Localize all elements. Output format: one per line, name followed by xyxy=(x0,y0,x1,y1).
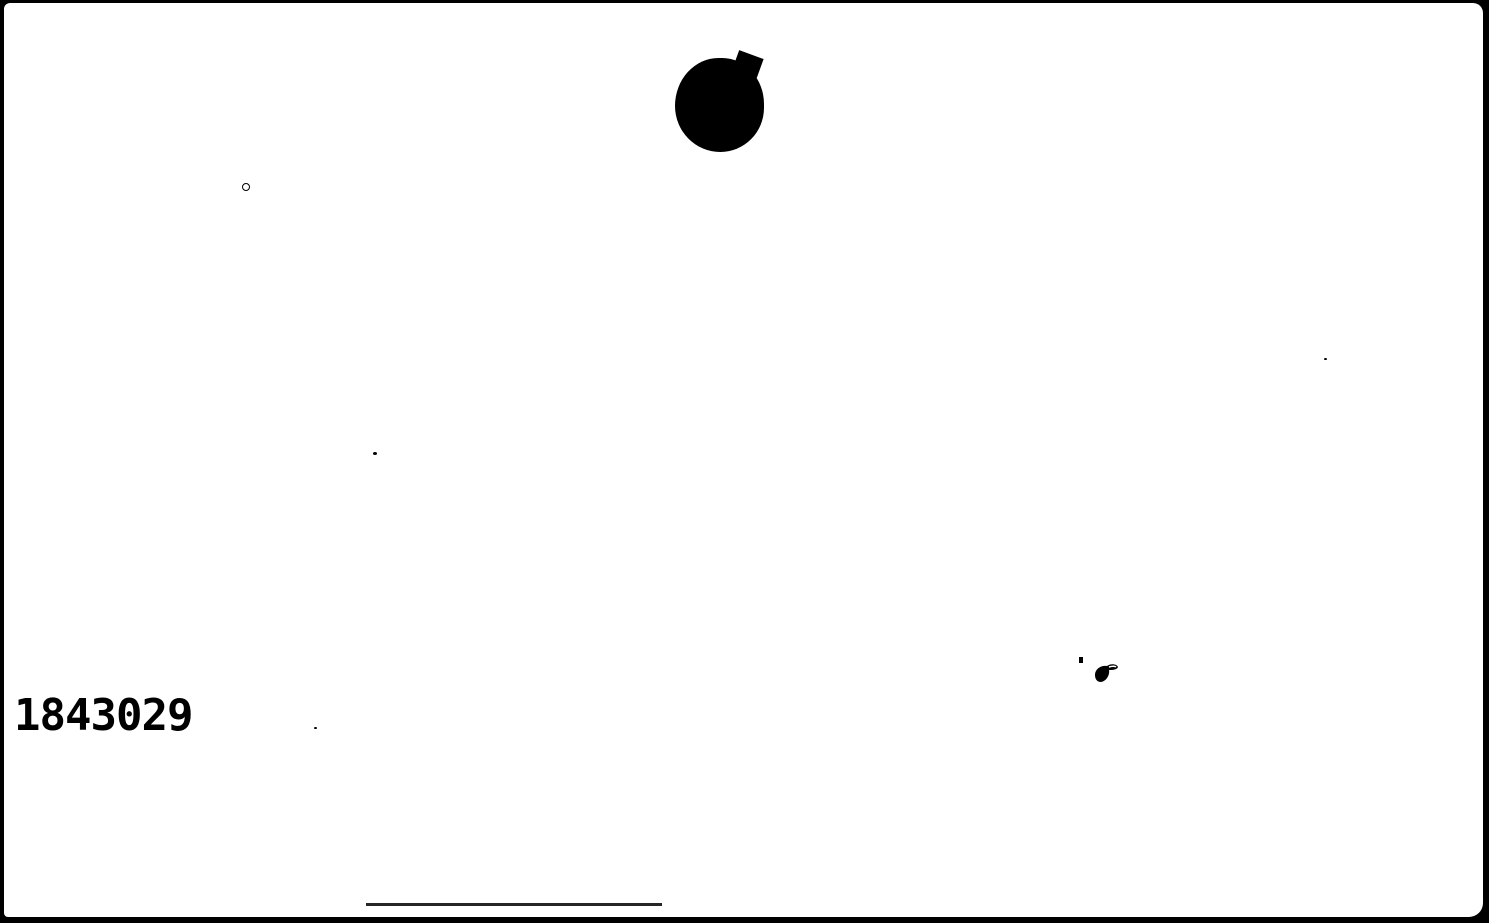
speck-mark xyxy=(242,183,250,191)
speck-mark xyxy=(314,727,317,729)
scanned-card-image: 1843029 xyxy=(0,0,1489,923)
ink-smudge-icon xyxy=(1093,661,1119,683)
card-number: 1843029 xyxy=(14,694,192,738)
speck-mark xyxy=(1324,358,1327,360)
ink-dot xyxy=(1079,657,1083,663)
speck-mark xyxy=(373,452,377,455)
punch-hole-icon xyxy=(675,58,764,152)
underline-rule xyxy=(366,903,662,906)
